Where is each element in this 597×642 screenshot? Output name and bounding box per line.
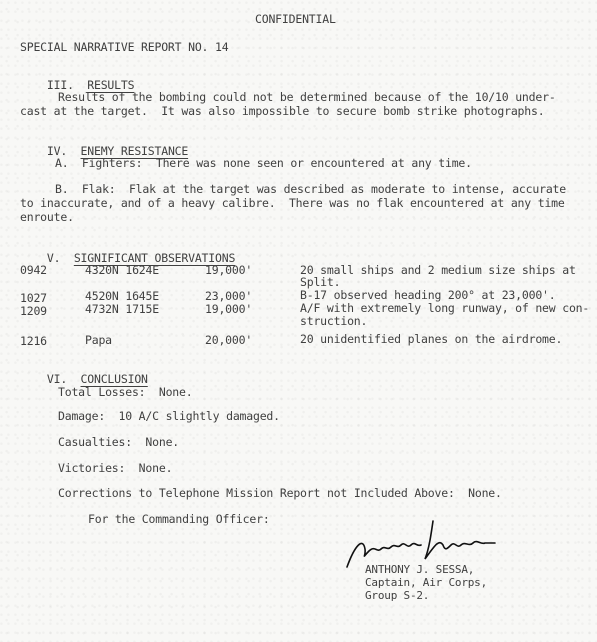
- signer-rank: Captain, Air Corps,: [365, 576, 487, 589]
- signer-name: ANTHONY J. SESSA,: [365, 563, 474, 576]
- obs-position: Papa: [85, 334, 112, 347]
- corrections: Corrections to Telephone Mission Report …: [58, 487, 502, 500]
- fighters-text: A. Fighters: There was none seen or enco…: [55, 157, 472, 170]
- flak-line-3: enroute.: [20, 211, 74, 224]
- obs-position: 4732N 1715E: [85, 303, 159, 316]
- total-losses: Total Losses: None.: [58, 386, 192, 399]
- report-title: SPECIAL NARRATIVE REPORT NO. 14: [20, 41, 228, 54]
- signer-unit: Group S-2.: [365, 589, 429, 602]
- obs-time: 1216: [20, 335, 47, 348]
- section-title: CONCLUSION: [81, 372, 148, 386]
- obs-altitude: 19,000': [205, 303, 252, 316]
- casualties: Casualties: None.: [58, 436, 179, 449]
- for-commanding-officer: For the Commanding Officer:: [88, 513, 270, 526]
- obs-altitude: 19,000': [205, 264, 252, 277]
- obs-note: 20 unidentified planes on the airdrome.: [300, 333, 562, 346]
- obs-note: 20 small ships and 2 medium size ships a…: [300, 264, 576, 277]
- obs-note-cont: struction.: [300, 315, 367, 328]
- flak-line-1: B. Flak: Flak at the target was describe…: [55, 183, 566, 196]
- obs-time: 0942: [20, 264, 47, 277]
- section-number: VI.: [47, 372, 67, 386]
- obs-time: 1209: [20, 305, 47, 318]
- classification-header: CONFIDENTIAL: [255, 13, 336, 26]
- obs-position: 4320N 1624E: [85, 264, 159, 277]
- flak-line-2: to inaccurate, and of a heavy calibre. T…: [20, 197, 565, 210]
- results-line-1: Results of the bombing could not be dete…: [58, 91, 556, 104]
- results-line-2: cast at the target. It was also impossib…: [20, 105, 544, 118]
- document-page: CONFIDENTIAL SPECIAL NARRATIVE REPORT NO…: [0, 0, 597, 642]
- obs-altitude: 20,000': [205, 334, 252, 347]
- section-number: V.: [47, 251, 60, 265]
- victories: Victories: None.: [58, 462, 172, 475]
- damage: Damage: 10 A/C slightly damaged.: [58, 410, 280, 423]
